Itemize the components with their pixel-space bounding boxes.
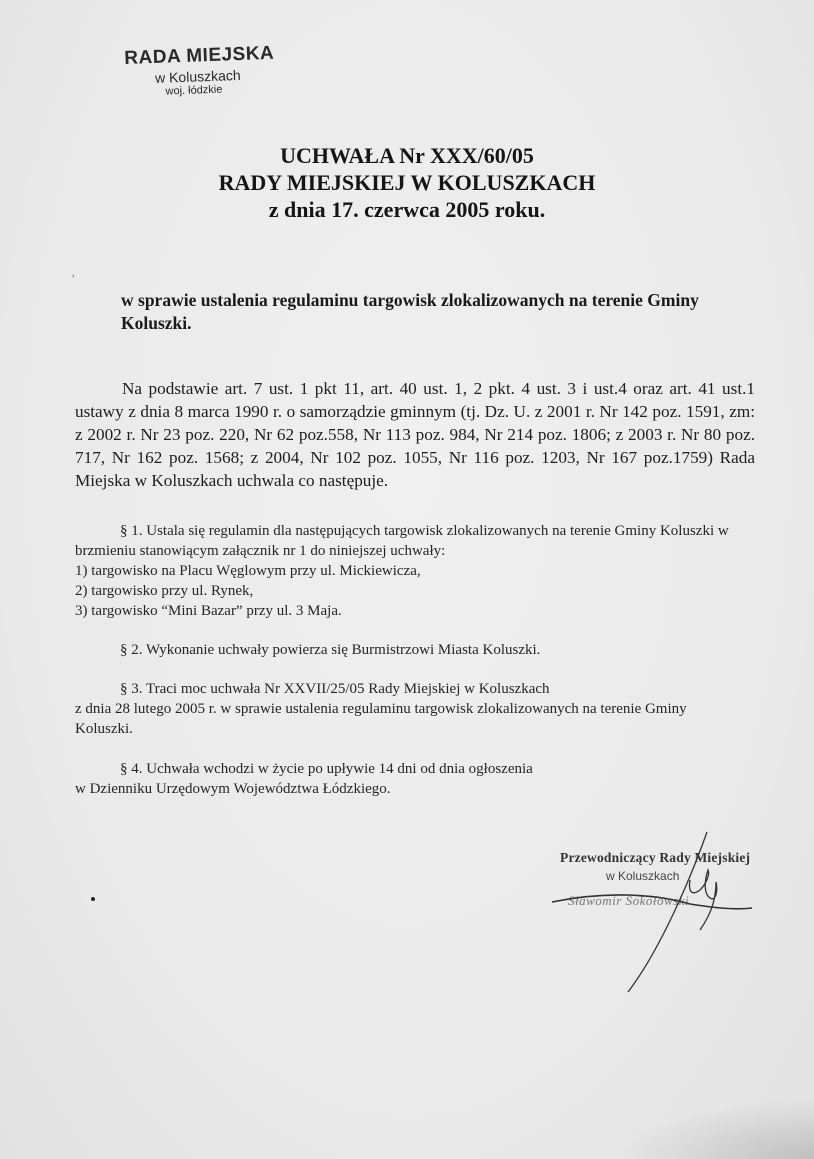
signature-block: Przewodniczący Rady Miejskiej w Koluszka… <box>560 850 780 909</box>
scan-speck <box>91 897 95 901</box>
resolution-title: UCHWAŁA Nr XXX/60/05 RADY MIEJSKIEJ W KO… <box>0 142 814 223</box>
title-council: RADY MIEJSKIEJ W KOLUSZKACH <box>0 169 814 196</box>
paragraph-4: § 4. Uchwała wchodzi w życie po upływie … <box>75 759 735 799</box>
handwritten-signature-icon <box>540 820 780 1000</box>
title-date: z dnia 17. czerwca 2005 roku. <box>0 196 814 223</box>
market-item: 3) targowisko “Mini Bazar” przy ul. 3 Ma… <box>75 601 735 621</box>
market-item: 1) targowisko na Placu Węglowym przy ul.… <box>75 561 735 581</box>
paragraph-4-rest: w Dzienniku Urzędowym Województwa Łódzki… <box>75 779 735 799</box>
paragraph-3-first: § 3. Traci moc uchwała Nr XXVII/25/05 Ra… <box>75 679 735 699</box>
scan-shadow <box>614 1099 814 1159</box>
paragraph-1: § 1. Ustala się regulamin dla następując… <box>75 521 735 621</box>
paragraph-2: § 2. Wykonanie uchwały powierza się Burm… <box>75 640 735 660</box>
paragraph-1-intro: § 1. Ustala się regulamin dla następując… <box>75 521 735 561</box>
paragraph-3: § 3. Traci moc uchwała Nr XXVII/25/05 Ra… <box>75 679 735 739</box>
council-stamp: RADA MIEJSKA w Koluszkach woj. łódzkie <box>124 43 276 99</box>
legal-basis: Na podstawie art. 7 ust. 1 pkt 11, art. … <box>75 377 755 492</box>
market-list: 1) targowisko na Placu Węglowym przy ul.… <box>75 561 735 621</box>
title-number: UCHWAŁA Nr XXX/60/05 <box>0 142 814 169</box>
scan-mark: , <box>72 268 75 279</box>
signatory-name: Sławomir Sokołowski <box>568 893 780 909</box>
signatory-role: Przewodniczący Rady Miejskiej <box>560 850 780 866</box>
paragraph-4-first: § 4. Uchwała wchodzi w życie po upływie … <box>75 759 735 779</box>
resolution-subject: w sprawie ustalenia regulaminu targowisk… <box>121 289 721 335</box>
market-item: 2) targowisko przy ul. Rynek, <box>75 581 735 601</box>
signatory-place: w Koluszkach <box>606 869 780 883</box>
document-page: RADA MIEJSKA w Koluszkach woj. łódzkie U… <box>0 0 814 1159</box>
paragraph-3-rest: z dnia 28 lutego 2005 r. w sprawie ustal… <box>75 699 735 739</box>
stamp-line-3: woj. łódzkie <box>165 82 275 98</box>
